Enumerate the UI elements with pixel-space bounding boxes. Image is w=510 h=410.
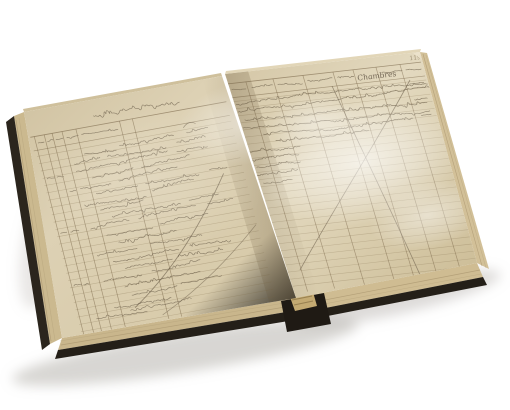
book: Chambres 119 <box>6 49 494 359</box>
photo-stage: Chambres 119 <box>0 0 510 410</box>
ledger-photo: Chambres 119 <box>0 0 510 410</box>
